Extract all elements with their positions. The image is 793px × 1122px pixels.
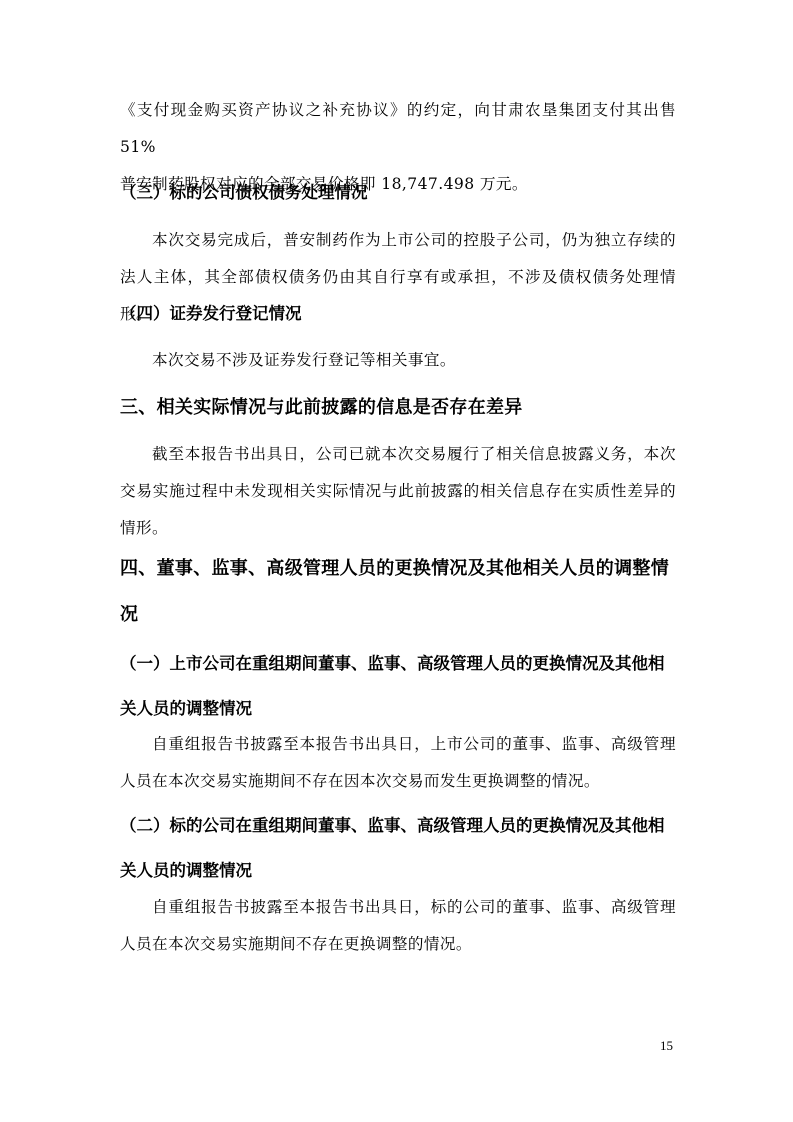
section-heading-listed-company: （一）上市公司在重组期间董事、监事、高级管理人员的更换情况及其他相关人员的调整情… [120, 641, 676, 731]
paragraph-differences: 截至本报告书出具日，公司已就本次交易履行了相关信息披露义务，本次交易实施过程中未… [120, 436, 676, 547]
section-heading-debt: （三）标的公司债权债务处理情况 [120, 174, 676, 211]
paragraph-line: 《支付现金购买资产协议之补充协议》的约定，向甘肃农垦集团支付其出售 51% [120, 92, 676, 166]
section-heading-target-company: （二）标的公司在重组期间董事、监事、高级管理人员的更换情况及其他相关人员的调整情… [120, 803, 676, 893]
chapter-heading-personnel: 四、董事、监事、高级管理人员的更换情况及其他相关人员的调整情况 [120, 546, 676, 638]
paragraph-target-company: 自重组报告书披露至本报告书出具日，标的公司的董事、监事、高级管理人员在本次交易实… [120, 889, 676, 963]
section-heading-securities: （四）证券发行登记情况 [120, 295, 676, 332]
chapter-heading-differences: 三、相关实际情况与此前披露的信息是否存在差异 [120, 388, 676, 428]
paragraph-securities: 本次交易不涉及证券发行登记等相关事宜。 [120, 342, 676, 379]
page-number: 15 [660, 1038, 673, 1054]
paragraph-listed-company: 自重组报告书披露至本报告书出具日，上市公司的董事、监事、高级管理人员在本次交易实… [120, 726, 676, 800]
